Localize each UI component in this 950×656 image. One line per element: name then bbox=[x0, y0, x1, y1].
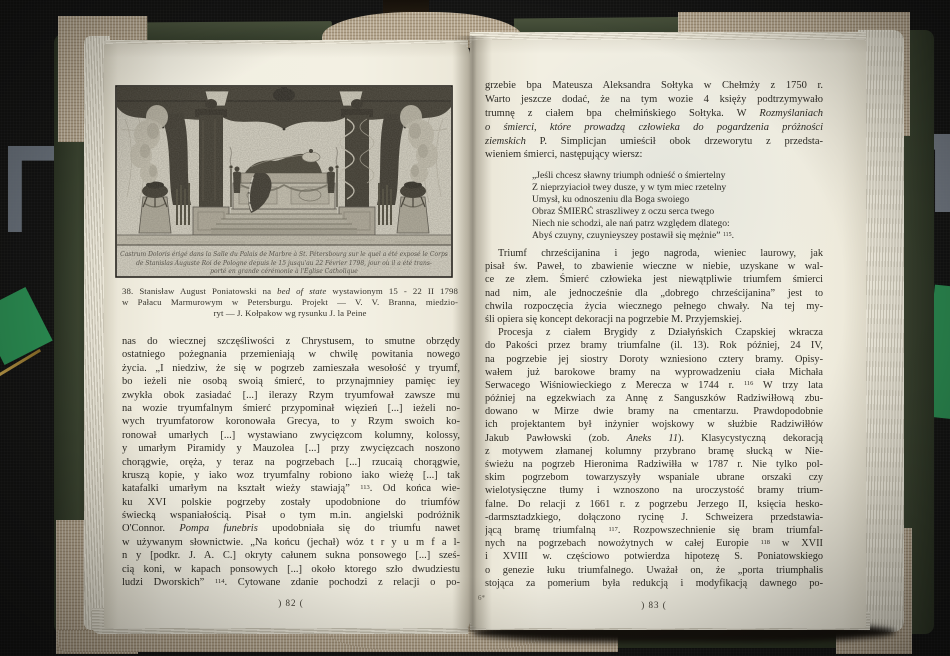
text-line: ostatniego pożegnania przemieniają w chw… bbox=[122, 348, 460, 361]
text-line: Umysł, ku odnoszeniu dla Boga swoiego bbox=[532, 194, 802, 206]
left-page-body-text: nas do wiecznej szczęśliwości z Chrystus… bbox=[122, 335, 460, 589]
right-page-paragraph-1: grzebie bpa Mateusza Aleksandra Sołtyka … bbox=[485, 79, 823, 162]
text-line: śli opiera się koncept dekoracji na pogr… bbox=[485, 313, 823, 326]
text-line: katafalki umarłym na kształt wieży stawi… bbox=[122, 482, 460, 495]
text-line: Jakub Pawłowski (zob. Aneks 11). Klasycy… bbox=[485, 432, 823, 445]
text-line: cią koni, w kapach ponsowych [...] około… bbox=[122, 563, 460, 576]
castrum-doloris-engraving: Castrum Doloris érigé dans la Salle du P… bbox=[115, 85, 453, 278]
text-line: ronował umarłych [...] wystawiano zwycię… bbox=[122, 429, 460, 442]
text-line: Triumf chrześcijanina i jego nagroda, wi… bbox=[485, 247, 823, 260]
text-line: ziemskich P. Simplicjan umieścił obok dr… bbox=[485, 135, 823, 149]
text-line: ludzi Dworskich” 114. Cytowane zdanie po… bbox=[122, 576, 460, 589]
background-green-stripe bbox=[0, 287, 53, 365]
text-line: skim pogrzebom towarzyszyły wspaniale ub… bbox=[485, 471, 823, 484]
text-line: nad nim, ale jednocześnie dla „dobrego c… bbox=[485, 287, 823, 300]
page-number-right: ) 83 ( bbox=[485, 600, 823, 610]
text-line: wielotysięczne tłumy i wznoszono na uroc… bbox=[485, 484, 823, 497]
text-line: wieniem śmierci, następujący wiersz: bbox=[485, 148, 823, 162]
text-line: Serwacego Wiśniowieckiego z Merecza w 17… bbox=[485, 379, 823, 392]
right-page: grzebie bpa Mateusza Aleksandra Sołtyka … bbox=[470, 40, 866, 628]
text-line: „Jeśli chcesz sławny triumph odnieść o ś… bbox=[532, 170, 802, 182]
text-line: trumnę z ciałem bpa chełmińskiego Sołtyk… bbox=[485, 107, 823, 121]
text-line: pisał św. Paweł, to zbawienie wieczne w … bbox=[485, 260, 823, 273]
left-page: Castrum Doloris érigé dans la Salle du P… bbox=[104, 44, 470, 628]
text-line: życia. „I niedziw, że się w pogrzeb zami… bbox=[122, 362, 460, 375]
text-line: n y [podkr. J. A. C.] okryty całunem suk… bbox=[122, 549, 460, 562]
text-line: ryt — J. Kołpakow wg rysunku J. la Peine bbox=[122, 308, 458, 319]
text-line: chwila rozpoczęcia życia wiecznego pełne… bbox=[485, 300, 823, 313]
text-line: y umarłym Piramidy y Mauzolea [...] przy… bbox=[122, 442, 460, 455]
text-line: Procesja z ciałem Brygidy z Działyńskich… bbox=[485, 326, 823, 339]
text-line: świecką wspaniałością. Pisał o tym m.in.… bbox=[122, 509, 460, 522]
text-line: Z nieprzyiacioł twey dusze, y w tym miec… bbox=[532, 182, 802, 194]
text-line: wałem już barokowe bramy na wyprowadzeni… bbox=[485, 366, 823, 379]
text-line: falne. Do relacji z 1661 r. z pogrzebu J… bbox=[485, 498, 823, 511]
text-line: ich projektantem był inżynier wojskowy w… bbox=[485, 418, 823, 431]
text-line: stojąca za pomerium była redukcją i mody… bbox=[485, 577, 823, 590]
text-line: Obraz ŚMIERĆ straszliwey z oczu serca tw… bbox=[532, 206, 802, 218]
text-line: świeżu na pogrzeb Hieronima Radziwiłła w… bbox=[485, 458, 823, 471]
text-line: chorągwie, oręża, y teraz na pogrzebach … bbox=[122, 456, 460, 469]
right-page-paragraph-2: Triumf chrześcijanina i jego nagroda, wi… bbox=[485, 247, 823, 590]
background-letter-shape-left bbox=[8, 146, 54, 232]
text-line: grzebie bpa Mateusza Aleksandra Sołtyka … bbox=[485, 79, 823, 93]
text-line: wych tryumfatorow koronowała Grecya, to … bbox=[122, 415, 460, 428]
text-line: kruszą kopie, y iako woz tryumfalny robi… bbox=[122, 469, 460, 482]
text-line: O'Connor. Pompa funebris upodobniała się… bbox=[122, 522, 460, 535]
text-line: i XVIII w. częściowo potwierdza hipotezę… bbox=[485, 550, 823, 563]
text-line: na wozie tryumfalnym śmierć przypominał … bbox=[122, 402, 460, 415]
text-line: 38. Stanisław August Poniatowski na bed … bbox=[122, 286, 458, 297]
text-line: zwykła obok zasiadać [...] ilerazy Rzym … bbox=[122, 389, 460, 402]
text-line: na pogrzebie jej siostry Doroty wzniesio… bbox=[485, 353, 823, 366]
funeral-verse: „Jeśli chcesz sławny triumph odnieść o ś… bbox=[532, 170, 802, 243]
text-line: do Pakości przez bramy triumfalne (il. 1… bbox=[485, 339, 823, 352]
figure-38-engraving: Castrum Doloris érigé dans la Salle du P… bbox=[115, 85, 453, 278]
text-line: ku XVI polskie pogrzeby zostały upodobni… bbox=[122, 496, 460, 509]
text-line: Niech nie schodzi, ale nań patrz względe… bbox=[532, 218, 802, 230]
text-line: Abyś czuyny, czuynieyszey postawił się m… bbox=[532, 230, 802, 242]
figure-caption: 38. Stanisław August Poniatowski na bed … bbox=[122, 286, 458, 318]
text-line: ce ze złem. Śmierć człowieka jest niewąt… bbox=[485, 273, 823, 286]
text-line: w Pałacu Marmurowym w Petersburgu. Proje… bbox=[122, 297, 458, 308]
text-line: później na egzekwiach za Annę z Sanguszk… bbox=[485, 392, 823, 405]
text-line: o śmierci, które prowadzą człowieka do p… bbox=[485, 121, 823, 135]
text-line: -darmsztadzkiego, dołączono rycinę J. Sc… bbox=[485, 511, 823, 524]
text-line: nas do wiecznej szczęśliwości z Chrystus… bbox=[122, 335, 460, 348]
page-number-left: ) 82 ( bbox=[122, 598, 460, 608]
book-photo: Castrum Doloris érigé dans la Salle du P… bbox=[0, 0, 950, 656]
text-line: w używanym słownictwie. „Na końcu (jecha… bbox=[122, 536, 460, 549]
gutter-shadow bbox=[452, 36, 492, 632]
text-line: o genezie łuku triumfalnego. Uważał on, … bbox=[485, 564, 823, 577]
text-line: bo ieżeli nie osobą swoią śmierć, to prz… bbox=[122, 375, 460, 388]
text-line: dowano w Mirze dwie bramy na cmentarzu. … bbox=[485, 405, 823, 418]
text-line: z motywem złamanej kolumny przybrano bra… bbox=[485, 445, 823, 458]
text-line: Warto jeszcze dodać, że na tym wozie 4 k… bbox=[485, 93, 823, 107]
text-line: nych na pogrzebach nowożytnych w całej E… bbox=[485, 537, 823, 550]
text-line: jącą bramę triumfalną 117. Rozpowszechni… bbox=[485, 524, 823, 537]
